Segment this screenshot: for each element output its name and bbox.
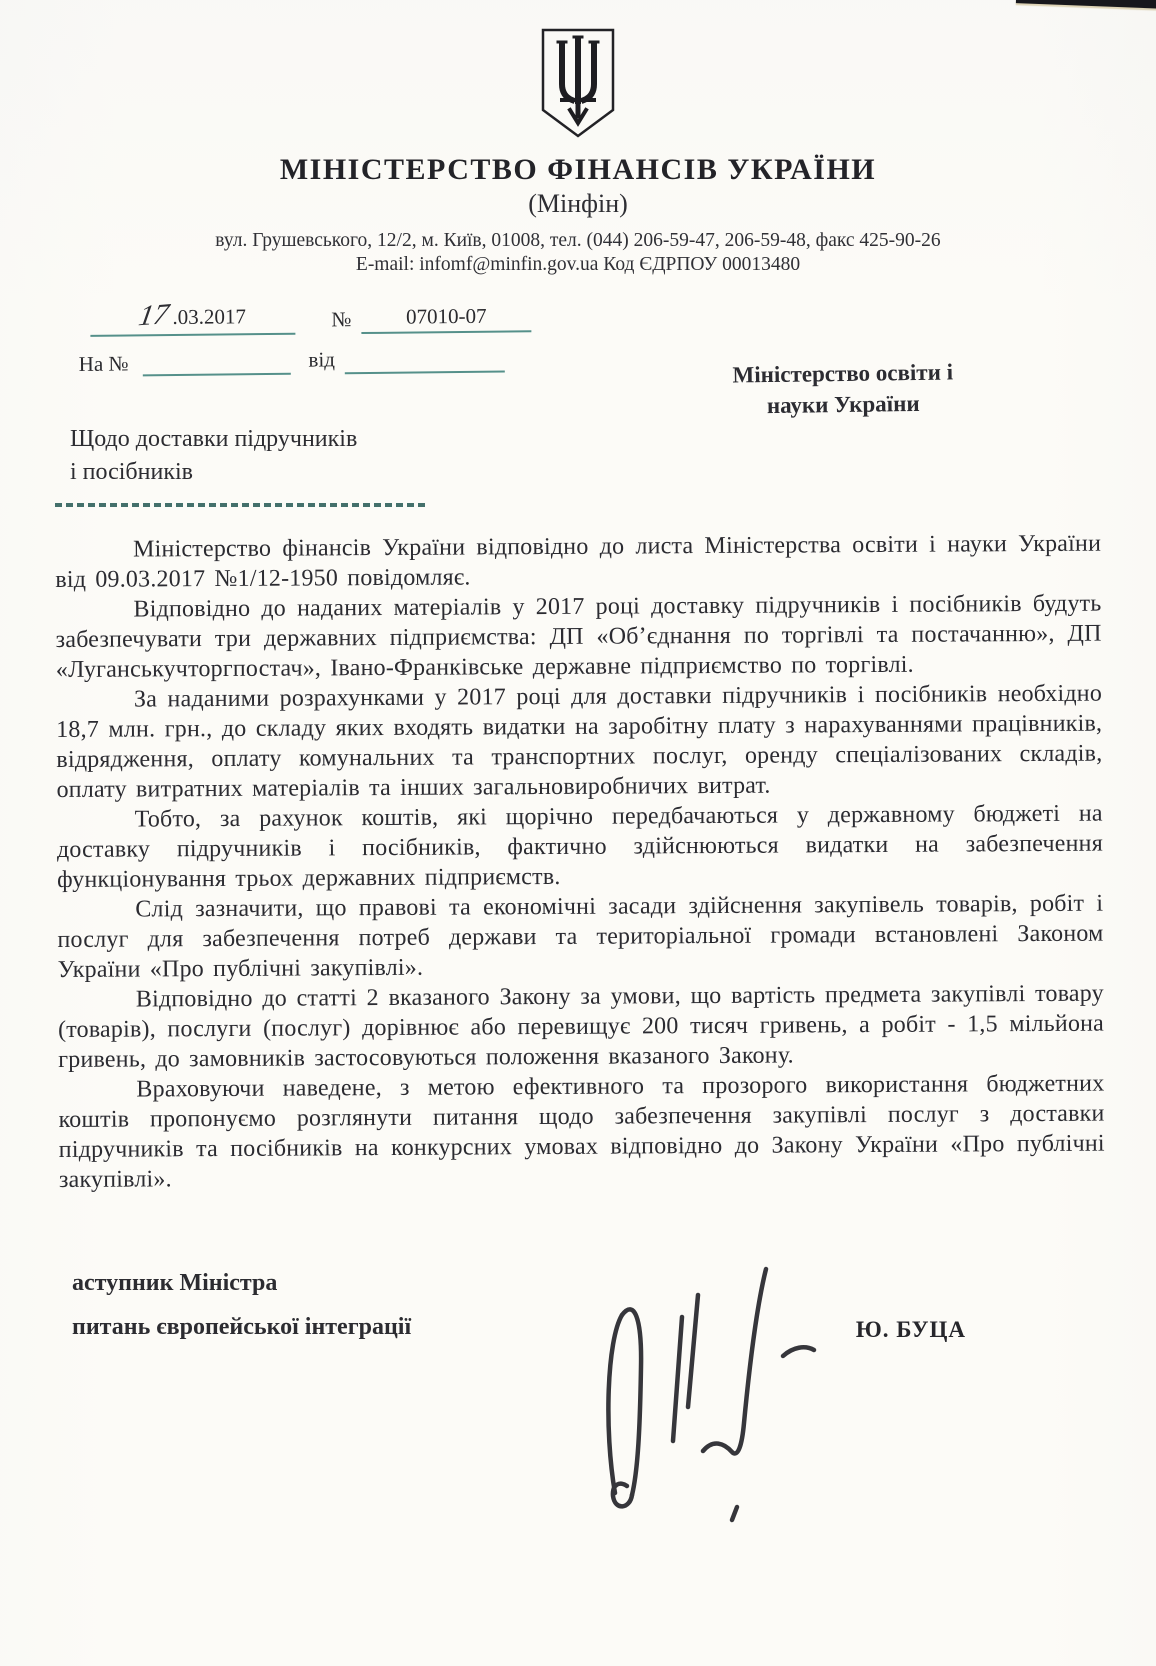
subject-block: Щодо доставки підручників і посібників: [70, 423, 1156, 489]
ministry-short-name: (Мінфін): [0, 189, 1156, 219]
letterhead: МІНІСТЕРСТВО ФІНАНСІВ УКРАЇНИ (Мінфін) в…: [0, 0, 1156, 277]
signer-title-line-2: питань європейської інтеграції: [72, 1305, 856, 1349]
subject-line-1: Щодо доставки підручників: [70, 423, 1156, 456]
outgoing-number: 07010-07: [361, 303, 531, 334]
scanned-letter-page: МІНІСТЕРСТВО ФІНАНСІВ УКРАЇНИ (Мінфін) в…: [0, 0, 1156, 1666]
addressee-line-1: Міністерство освіти і: [688, 356, 998, 391]
ukraine-trident-icon: [538, 26, 618, 140]
paragraph: Міністерство фінансів України відповідно…: [55, 529, 1101, 595]
number-label: №: [331, 307, 351, 332]
paragraph: Враховуючи наведене, з метою ефективного…: [58, 1069, 1105, 1195]
paragraph: Відповідно до статті 2 вказаного Закону …: [58, 979, 1105, 1075]
date-field: 17.03.2017: [90, 298, 295, 337]
ministry-name: МІНІСТЕРСТВО ФІНАНСІВ УКРАЇНИ: [0, 153, 1156, 187]
paragraph: За наданими розрахунками у 2017 році для…: [56, 679, 1103, 805]
paragraph: Тобто, за рахунок коштів, які щорічно пе…: [57, 799, 1104, 895]
signer-title-line-1: аступник Міністра: [72, 1261, 856, 1305]
subject-line-2: і посібників: [70, 456, 1156, 489]
signature-block: аступник Міністра питань європейської ін…: [72, 1261, 966, 1349]
reply-number-label: На №: [79, 351, 129, 377]
handwritten-day: 17: [136, 298, 171, 333]
email-line: E-mail: infomf@minfin.gov.ua Код ЄДРПОУ …: [0, 253, 1156, 277]
from-label: від: [308, 347, 335, 372]
letter-body: Міністерство фінансів України відповідно…: [55, 529, 1105, 1195]
address-line: вул. Грушевського, 12/2, м. Київ, 01008,…: [0, 229, 1156, 253]
signer-name: Ю. БУЦА: [856, 1317, 966, 1349]
paragraph: Відповідно до наданих матеріалів у 2017 …: [55, 589, 1102, 685]
reference-block: 17.03.2017 № 07010-07 На № від: [78, 292, 599, 377]
reply-number-blank: [143, 373, 291, 377]
addressee-block: Міністерство освіти і науки України: [688, 356, 999, 422]
reply-date-blank: [345, 371, 505, 375]
subject-dashed-underline: [55, 503, 427, 507]
addressee-line-2: науки України: [688, 387, 998, 422]
date-rest: .03.2017: [172, 304, 246, 329]
paragraph: Слід зазначити, що правові та економічні…: [57, 889, 1104, 985]
